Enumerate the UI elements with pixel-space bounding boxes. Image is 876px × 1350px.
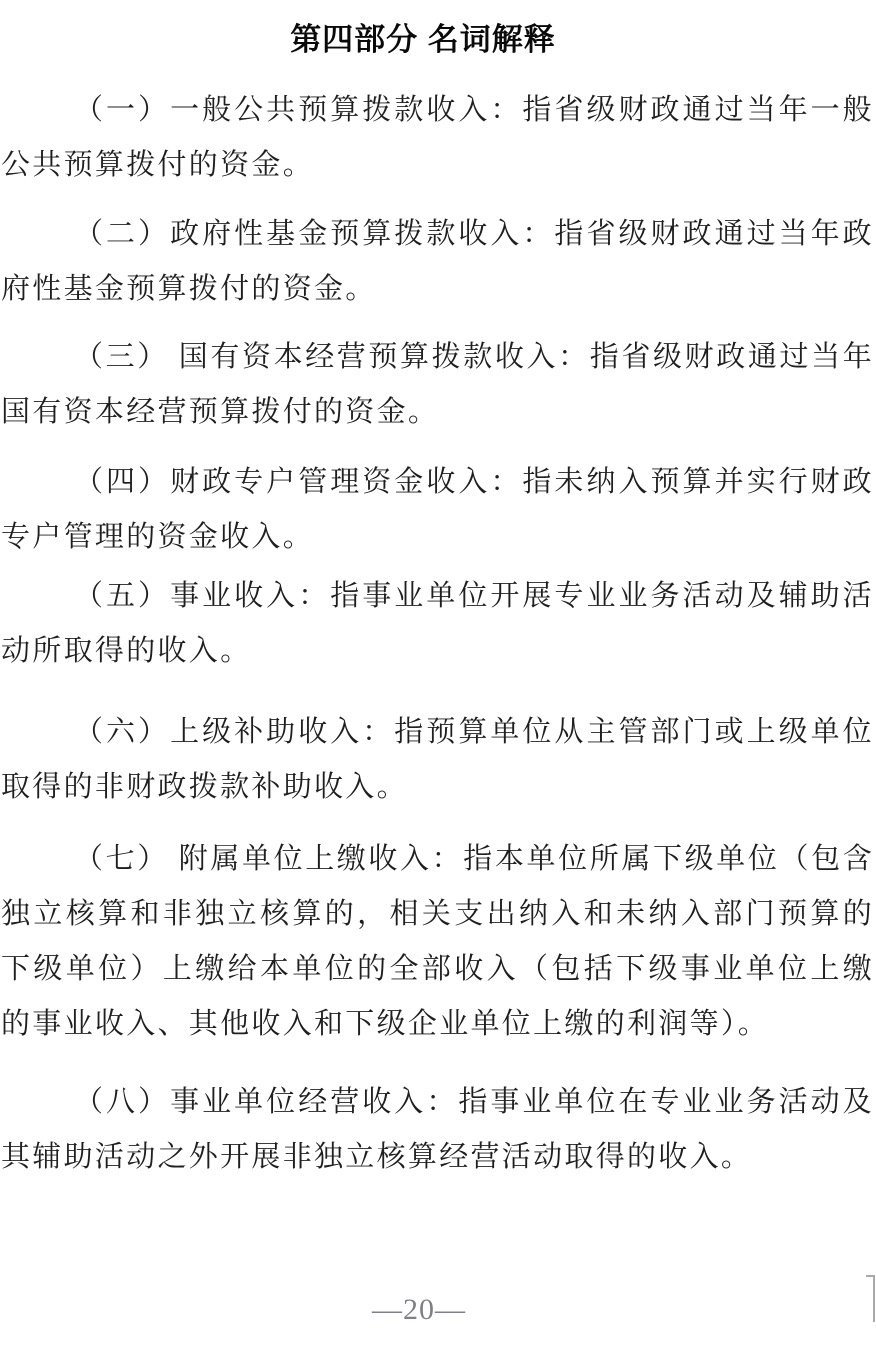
definition-paragraph-7: （七） 附属单位上缴收入：指本单位所属下级单位（包含独立核算和非独立核算的，相关… <box>1 832 874 1052</box>
definition-paragraph-5: （五）事业收入：指事业单位开展专业业务活动及辅助活动所取得的收入。 <box>1 569 874 679</box>
document-page: 第四部分 名词解释 （一）一般公共预算拨款收入：指省级财政通过当年一般公共预算拨… <box>0 0 876 1350</box>
page-edge-artifact <box>866 1275 875 1322</box>
definition-paragraph-4: （四）财政专户管理资金收入：指未纳入预算并实行财政专户管理的资金收入。 <box>1 455 874 565</box>
definition-paragraph-8: （八）事业单位经营收入：指事业单位在专业业务活动及其辅助活动之外开展非独立核算经… <box>1 1075 874 1185</box>
page-number: —20— <box>0 1294 876 1326</box>
definition-paragraph-6: （六）上级补助收入：指预算单位从主管部门或上级单位取得的非财政拨款补助收入。 <box>1 705 874 815</box>
page-title: 第四部分 名词解释 <box>0 18 876 62</box>
definition-paragraph-3: （三） 国有资本经营预算拨款收入：指省级财政通过当年国有资本经营预算拨付的资金。 <box>1 330 874 440</box>
definition-paragraph-2: （二）政府性基金预算拨款收入：指省级财政通过当年政府性基金预算拨付的资金。 <box>1 207 874 317</box>
artifact-vertical-bar <box>873 1275 875 1322</box>
definition-paragraph-1: （一）一般公共预算拨款收入：指省级财政通过当年一般公共预算拨付的资金。 <box>1 83 874 193</box>
